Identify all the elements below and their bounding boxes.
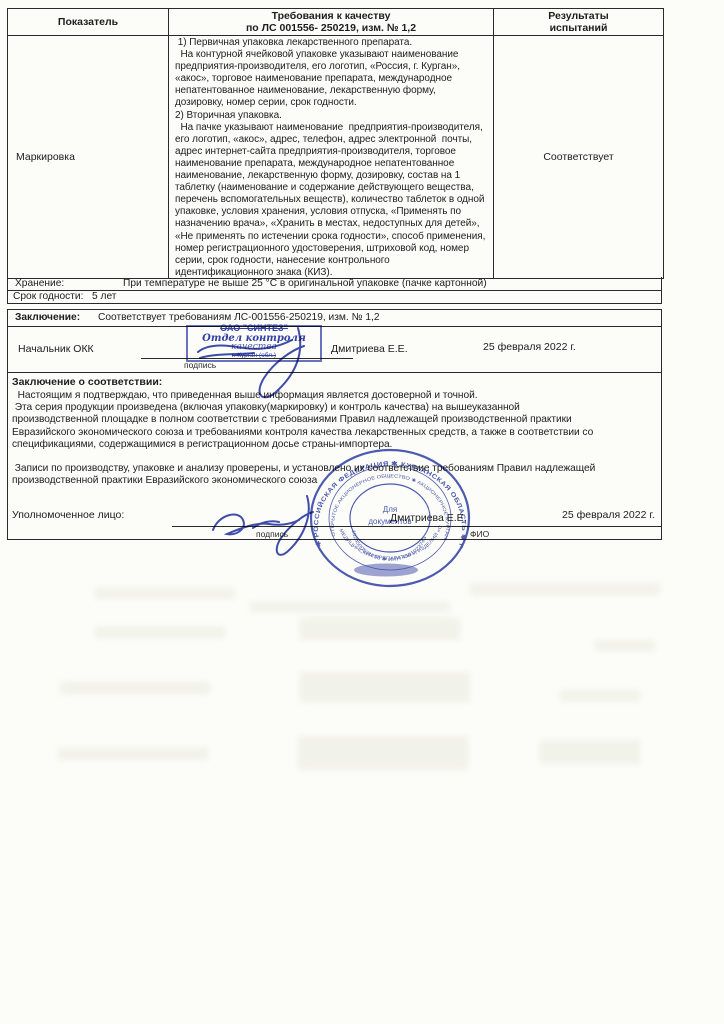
cell-result: Соответствует xyxy=(494,36,663,278)
header-requirements: Требования к качеству по ЛС 001556- 2502… xyxy=(169,9,494,36)
stamp-center-line2: документов xyxy=(368,517,411,526)
authorized-role: Уполномоченное лицо: xyxy=(12,509,124,521)
header-results-line2: испытаний xyxy=(550,22,608,34)
storage-label: Хранение: xyxy=(15,278,64,290)
header-requirements-line2: по ЛС 001556- 250219, изм. № 1,2 xyxy=(246,22,416,34)
stamp-outer-text: ✱ РОССИЙСКАЯ ФЕДЕРАЦИЯ ✱ КУРГАНСКАЯ ОБЛА… xyxy=(306,446,467,549)
cell-indicator: Маркировка xyxy=(8,36,169,278)
header-results-line1: Результаты xyxy=(548,10,609,22)
okk-date: 25 февраля 2022 г. xyxy=(483,341,576,353)
storage-row: Хранение: При температуре не выше 25 °С … xyxy=(7,277,662,291)
okk-name: Дмитриева Е.Е. xyxy=(331,343,408,355)
shelf-life-value: 5 лет xyxy=(92,291,116,303)
quality-table: Показатель Требования к качеству по ЛС 0… xyxy=(7,8,664,279)
result-value: Соответствует xyxy=(543,151,613,163)
storage-value: При температуре не выше 25 °С в оригинал… xyxy=(123,278,487,290)
indicator-value: Маркировка xyxy=(16,151,75,163)
shelf-life-label: Срок годности: xyxy=(13,291,83,303)
header-requirements-line1: Требования к качеству xyxy=(272,10,391,22)
round-company-stamp: ✱ РОССИЙСКАЯ ФЕДЕРАЦИЯ ✱ КУРГАНСКАЯ ОБЛА… xyxy=(306,446,474,590)
shelf-life-row: Срок годности: 5 лет xyxy=(7,290,662,304)
header-indicator-label: Показатель xyxy=(58,16,118,28)
header-results: Результаты испытаний xyxy=(494,9,663,36)
stamp-center-line1: Для xyxy=(383,505,397,514)
scanned-certificate-page: Показатель Требования к качеству по ЛС 0… xyxy=(0,0,724,1024)
okk-role: Начальник ОКК xyxy=(18,343,94,355)
header-indicator: Показатель xyxy=(8,9,169,36)
stamp-ink-smudge xyxy=(354,564,418,577)
conclusion-label: Заключение: xyxy=(15,312,80,324)
okk-handwritten-signature xyxy=(180,320,340,410)
cell-requirements: 1) Первичная упаковка лекарственного пре… xyxy=(169,36,494,278)
authorized-date: 25 февраля 2022 г. xyxy=(562,509,655,521)
